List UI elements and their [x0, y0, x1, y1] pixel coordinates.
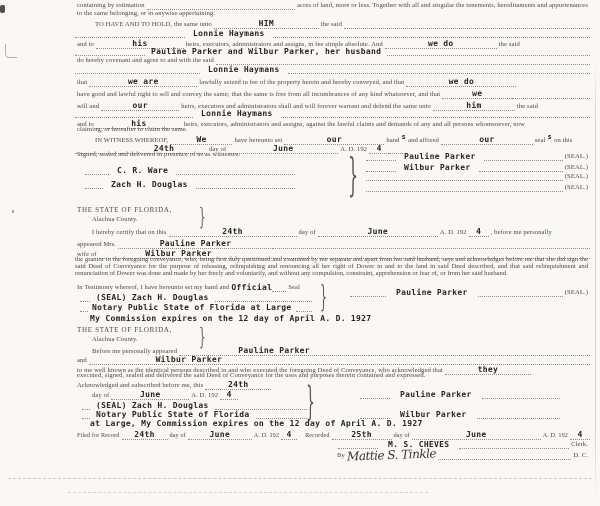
commission-line-1: My Commission expires on the 12 day of A…: [90, 314, 371, 323]
executed-text: executed, signed, sealed and delivered t…: [75, 372, 427, 380]
dotted-leader: [482, 396, 560, 399]
grantee-name-field: Lonnie Haymans: [185, 29, 273, 38]
ack2-person-1-field: Pauline Parker: [179, 346, 369, 356]
dotted-leader: [85, 186, 103, 189]
grantor-seal-line-1: Pauline Parker (SEAL.): [366, 152, 590, 161]
ad-192-text: A. D. 192: [252, 432, 281, 440]
seal-label: (SEAL.): [563, 184, 590, 192]
dotted-leader: [366, 169, 396, 172]
grantor-1-signature: Pauline Parker: [396, 152, 484, 161]
dotted-leader: [273, 35, 590, 38]
grantor-2-signature: Wilbur Parker: [396, 163, 479, 172]
recorded-month-field: June: [412, 430, 541, 440]
ack1-day-field: 24th: [169, 227, 297, 237]
dotted-leader: [288, 71, 590, 74]
and-person-line: and Wilbur Parker: [75, 355, 590, 365]
grantee-name-line-3: Lonnie Haymans: [75, 109, 590, 118]
before-me-line: Before me personally appeared Pauline Pa…: [75, 346, 590, 356]
certify-text: I hereby certify that on this: [90, 229, 169, 237]
dotted-leader: [80, 309, 88, 312]
grantor-seal-line-2: Wilbur Parker (SEAL.): [366, 163, 590, 172]
county-line-1: Alachua County.: [75, 216, 275, 224]
witness-1-signature: C. R. Ware: [109, 166, 176, 175]
grantee-name-field: Lonnie Haymans: [193, 109, 281, 118]
filed-recorded-line: Filed for Record 24th day of June A. D. …: [75, 430, 590, 440]
recorded-label: Recorded: [303, 432, 332, 440]
ack2-year-field: 4: [220, 390, 238, 400]
deputy-clerk-handwritten-signature: Mattie S. Tinkle: [347, 446, 436, 463]
belonging-text: to the same belonging, or in anywise app…: [75, 10, 217, 18]
ack2-date-line: day of June A. D. 192 4: [90, 390, 312, 400]
ack2-month-field: June: [111, 390, 189, 400]
witnesses-brace: }: [348, 148, 358, 201]
notary-signature-line-2: (SEAL) Zach H. Douglas: [82, 401, 307, 410]
ack2-day-field: 24th: [205, 380, 271, 390]
witness-2-line: Zach H. Douglas: [85, 180, 295, 189]
appeared-mrs-line: appeared Mrs. Pauline Parker: [75, 239, 590, 249]
notary-title: Notary Public State of Florida: [90, 410, 256, 419]
in-witness-line: IN WITNESS WHEREOF, We have hereunto set…: [75, 133, 590, 145]
dotted-leader: [85, 172, 109, 175]
good-right-line: have good and lawful right to sell and c…: [75, 89, 590, 99]
appeared-name-field: Pauline Parker: [118, 239, 273, 249]
ack2-grantor-2-line: Wilbur Parker: [360, 410, 560, 419]
scan-artifact: [5, 44, 17, 58]
before-personally-text: , before me personally: [489, 229, 554, 237]
dotted-leader: [512, 96, 590, 99]
page-edge-line: [595, 55, 596, 500]
appeared-mrs-text: appeared Mrs.: [75, 241, 118, 249]
grantee-name-line-2: Lonnie Haymans: [75, 65, 590, 74]
witness-2-signature: Zach H. Douglas: [103, 180, 196, 189]
on-this-text: on this: [552, 137, 574, 145]
dotted-leader: [215, 299, 312, 302]
faint-rule: [8, 478, 592, 479]
dotted-leader: [387, 53, 590, 56]
dotted-leader: [350, 294, 386, 297]
seal-text: seal: [533, 137, 548, 145]
ad-192-text: A. D. 192: [541, 432, 570, 440]
grantors-names-field: Pauline Parker and Wilbur Parker, her hu…: [145, 47, 387, 56]
testimony-text: In Testimony whereof, I have hereunto se…: [75, 284, 231, 292]
recorded-year-field: 4: [570, 430, 590, 440]
day-of-text: day of: [168, 432, 188, 440]
testimony-brace: }: [320, 281, 327, 315]
our-hand-field: our: [284, 135, 384, 145]
dotted-leader: [479, 169, 563, 172]
dotted-leader: [360, 396, 390, 399]
seized-line: that we are lawfully seized in fee of th…: [75, 77, 590, 87]
notary-title-line-1: Notary Public State of Florida at Large: [80, 303, 312, 312]
testimony-line: In Testimony whereof, I have hereunto se…: [75, 283, 395, 292]
ack2-grantor-2-signature: Wilbur Parker: [390, 410, 477, 419]
filed-label: Filed for Record: [75, 432, 122, 440]
dotted-leader: [296, 309, 312, 312]
state-of-florida-text: THE STATE OF FLORIDA,: [75, 206, 174, 214]
we-are-field: we are: [89, 77, 197, 87]
grantors-names-line: Pauline Parker and Wilbur Parker, her hu…: [75, 47, 590, 56]
faint-rule: [68, 492, 428, 493]
certify-line: I hereby certify that on this 24th day o…: [75, 227, 590, 237]
seal-label: (SEAL.): [563, 173, 590, 181]
day-of-text: day of: [297, 229, 318, 237]
blank-seal-line-1: (SEAL.): [366, 173, 590, 181]
ack1-grantor-signature: Pauline Parker: [386, 288, 478, 297]
dotted-leader: [75, 115, 193, 118]
ack1-month-field: June: [318, 227, 438, 237]
dotted-leader: [82, 416, 90, 419]
by-label: By: [335, 452, 347, 460]
deputy-clerk-label: D. C.: [571, 452, 590, 460]
unto-field: HIM: [214, 19, 319, 29]
day-of-text: day of: [90, 392, 111, 400]
we-field: we: [442, 89, 512, 99]
notary-signature: (SEAL) Zach H. Douglas: [90, 293, 215, 302]
that-text: that: [75, 79, 89, 87]
state-of-florida-text: THE STATE OF FLORIDA,: [75, 326, 174, 334]
ack2-brace: }: [306, 378, 315, 424]
dower-paragraph: the grantor in the foregoing conveyance,…: [75, 256, 588, 277]
scan-artifact: [12, 210, 14, 213]
seal-word-text: Seal: [286, 284, 302, 292]
blank-seal-line-2: (SEAL.): [366, 184, 590, 192]
notary-title: Notary Public State of Florida at Large: [88, 303, 296, 312]
dotted-leader: [281, 115, 590, 118]
ack2-grantor-1-line: Pauline Parker: [360, 390, 560, 399]
ad-192-text: A. D. 192: [189, 392, 220, 400]
dotted-leader: [75, 53, 145, 56]
dotted-leader: [477, 416, 560, 419]
ack1-year-field: 4: [469, 227, 489, 237]
dotted-leader: [366, 178, 563, 181]
covenant-text: do hereby covenant and agree to and with…: [75, 57, 216, 65]
we-do-field-2: we do: [406, 77, 516, 87]
acknowledged-text: Acknowledged and subscribed before me, t…: [75, 382, 205, 390]
state-header-line-1: THE STATE OF FLORIDA,: [75, 206, 275, 214]
witnesses-label-text: Signed, sealed and delivered in presence…: [75, 151, 242, 159]
grantee-name-field: Lonnie Haymans: [200, 65, 288, 74]
state-header-line-2: THE STATE OF FLORIDA,: [75, 326, 275, 334]
dotted-leader: [478, 294, 563, 297]
filed-month-field: June: [188, 430, 252, 440]
ack2-grantor-1-signature: Pauline Parker: [390, 390, 482, 399]
at-large-commission-line: at Large, My Commission expires on the 1…: [90, 419, 423, 428]
seized-text: lawfully seized in fee of the property h…: [197, 79, 406, 87]
ad-192-text: A. D. 192: [438, 229, 469, 237]
we-field: We: [170, 135, 232, 145]
acknowledged-line: Acknowledged and subscribed before me, t…: [75, 380, 313, 390]
belonging-line: to the same belonging, or in anywise app…: [75, 10, 590, 18]
county-text: Alachua County.: [90, 336, 140, 344]
executed-line: executed, signed, sealed and delivered t…: [75, 372, 590, 380]
seal-label: (SEAL.): [563, 153, 590, 161]
at-large-commission-text: at Large, My Commission expires on the 1…: [90, 419, 423, 428]
dotted-leader: [366, 189, 563, 192]
notary-signature-line-1: (SEAL) Zach H. Douglas: [80, 293, 312, 302]
dotted-leader: [484, 158, 563, 161]
dotted-leader: [196, 186, 295, 189]
good-right-text: have good and lawful right to sell and c…: [75, 91, 442, 99]
notary-signature: (SEAL) Zach H. Douglas: [90, 401, 215, 410]
ack1-grantor-signature-line: Pauline Parker (SEAL.): [350, 288, 590, 297]
seal-label: (SEAL.): [563, 289, 590, 297]
affixed-text: and affixed: [406, 137, 441, 145]
commission-text: My Commission expires on the 12 day of A…: [90, 314, 371, 323]
dotted-leader: [366, 158, 396, 161]
our-seal-field: our: [441, 135, 533, 145]
witness-1-line: C. R. Ware: [85, 166, 295, 175]
dotted-leader: [438, 457, 571, 460]
ack2-person-2-field: Wilbur Parker: [89, 355, 289, 365]
dotted-leader: [176, 172, 295, 175]
covenant-line: do hereby covenant and agree to and with…: [75, 57, 590, 65]
county-text: Alachua County.: [90, 216, 140, 224]
grantee-name-line-1: Lonnie Haymans: [75, 29, 590, 38]
scanned-deed-page: containing by estimation acres of land, …: [0, 0, 600, 506]
witnesses-label-line: Signed, sealed and delivered in presence…: [75, 151, 355, 159]
filed-day-field: 24th: [122, 430, 168, 440]
dotted-leader: [75, 71, 200, 74]
official-field: Official: [231, 283, 272, 292]
deputy-clerk-line: By Mattie S. Tinkle D. C.: [335, 447, 590, 460]
dotted-leader: [80, 299, 90, 302]
seal-label: (SEAL.): [563, 164, 590, 172]
county-line-2: Alachua County.: [75, 336, 275, 344]
filed-year-field: 4: [281, 430, 297, 440]
have-and-hold-line: TO HAVE AND TO HOLD, the same unto HIM t…: [75, 19, 590, 29]
recorded-day-field: 25th: [332, 430, 392, 440]
notary-title-line-2: Notary Public State of Florida: [82, 410, 307, 419]
day-of-text: day of: [392, 432, 412, 440]
scan-artifact: [0, 5, 5, 13]
dotted-leader: [75, 35, 185, 38]
